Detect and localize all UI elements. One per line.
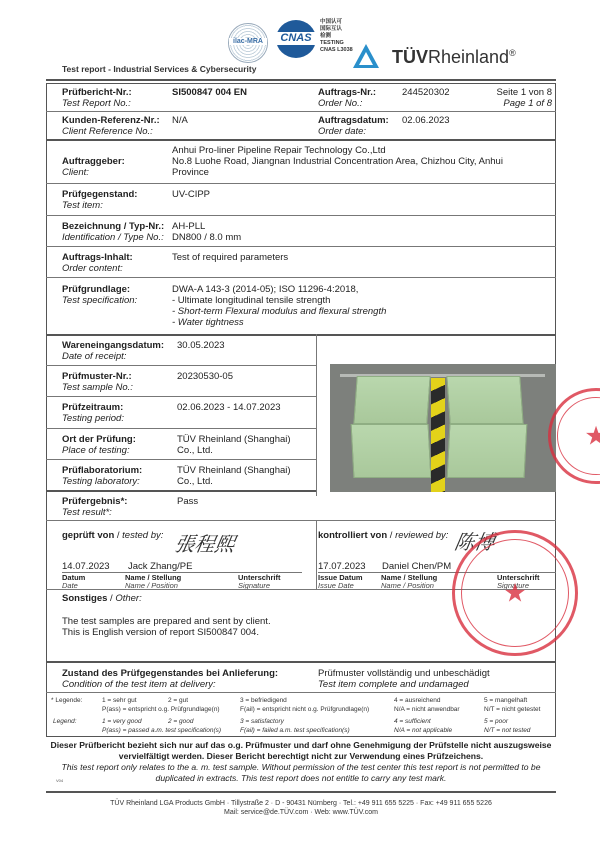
cnas-text-line: TESTING — [320, 40, 353, 47]
tested-date: 14.07.2023 — [62, 561, 110, 572]
divider — [46, 459, 316, 460]
disclaimer: Dieser Prüfbericht bezieht sich nur auf … — [46, 740, 556, 784]
condition-label: Zustand des Prüfgegenstandes bei Anliefe… — [62, 668, 278, 690]
label-de: Kunden-Referenz-Nr.: — [62, 115, 160, 126]
brand-rest: Rheinland — [428, 47, 509, 67]
order-content-label: Auftrags-Inhalt:Order content: — [62, 252, 133, 274]
sample-panel — [351, 424, 432, 478]
sample-panel — [447, 424, 528, 478]
label-en: Order date: — [318, 126, 389, 137]
legend-item: P(ass) = entspricht o.g. Prüfgrundlage(n… — [102, 705, 220, 714]
registered-mark: ® — [509, 48, 516, 58]
lab-line: TÜV Rheinland (Shanghai) — [177, 465, 291, 476]
company-seal-stamp: ★ — [452, 530, 578, 656]
label-en: Test item: — [62, 200, 137, 211]
testing-period-label: Prüfzeitraum:Testing period: — [62, 402, 124, 424]
test-item-label: Prüfgegenstand:Test item: — [62, 189, 137, 211]
label-de: Prüfzeitraum: — [62, 402, 124, 413]
client-ref-value: N/A — [172, 115, 188, 126]
divider — [46, 428, 316, 429]
client-value: Anhui Pro-liner Pipeline Repair Technolo… — [172, 145, 503, 178]
legend-label-en: Legend: — [53, 717, 77, 726]
tested-by-label: geprüft von / tested by: — [62, 530, 163, 541]
legend-item: N/A = nicht anwendbar — [394, 705, 460, 714]
hazard-stripe — [431, 378, 445, 492]
form-version: V04 — [56, 778, 63, 783]
legend-item: 3 = satisfactory — [240, 717, 284, 726]
test-item-value: UV-CIPP — [172, 189, 210, 200]
brand-bold: TÜV — [392, 47, 428, 67]
testing-lab-value: TÜV Rheinland (Shanghai)Co., Ltd. — [177, 465, 291, 487]
label-de: geprüft von — [62, 530, 114, 541]
divider — [46, 215, 556, 216]
label-en: Place of testing: — [62, 445, 136, 456]
disclaimer-en: This test report only relates to the a. … — [46, 762, 556, 784]
separator: / — [114, 530, 122, 541]
order-date-value: 02.06.2023 — [402, 115, 450, 126]
header-rule — [46, 79, 556, 81]
identification-value: AH-PLLDN800 / 8.0 mm — [172, 221, 241, 243]
order-date-label: Auftragsdatum:Order date: — [318, 115, 389, 137]
spec-standard: DWA-A 143-3 (2014-05); ISO 11296-4:2018, — [172, 284, 386, 295]
order-no-label: Auftrags-Nr.:Order No.: — [318, 87, 376, 109]
cnas-logo: CNAS — [276, 20, 316, 58]
place-testing-value: TÜV Rheinland (Shanghai)Co., Ltd. — [177, 434, 291, 456]
test-result-value: Pass — [177, 496, 198, 507]
tester-signature: 張程熙 — [172, 528, 237, 557]
footer-contact: Mail: service@de.TÜV.com · Web: www.TÜV.… — [46, 808, 556, 817]
dimension: DN800 / 8.0 mm — [172, 232, 241, 243]
cnas-text-line: 检测 — [320, 33, 353, 40]
type-no: AH-PLL — [172, 221, 241, 232]
legend-item: N/T = nicht getestet — [484, 705, 540, 714]
other-text: The test samples are prepared and sent b… — [62, 616, 271, 638]
reviewed-by-label: kontrolliert von / reviewed by: — [318, 530, 448, 541]
label-de: Sonstiges — [62, 593, 107, 604]
testing-lab-label: Prüflaboratorium:Testing laboratory: — [62, 465, 142, 487]
label-en: Client: — [62, 167, 125, 178]
legend-item: P(ass) = passed a.m. test specification(… — [102, 726, 221, 735]
order-content-value: Test of required parameters — [172, 252, 288, 263]
footer-address: TÜV Rheinland LGA Products GmbH · Tillys… — [46, 799, 556, 808]
other-line: The test samples are prepared and sent b… — [62, 616, 271, 627]
other-label: Sonstiges / Other: — [62, 593, 142, 604]
legend-item: F(ail) = entspricht nicht o.g. Prüfgrund… — [240, 705, 369, 714]
date-receipt-value: 30.05.2023 — [177, 340, 225, 351]
label-en: reviewed by: — [395, 530, 448, 541]
footer-rule — [46, 791, 556, 793]
footer: TÜV Rheinland LGA Products GmbH · Tillys… — [46, 799, 556, 817]
divider — [46, 183, 556, 184]
legend-item: 2 = good — [168, 717, 193, 726]
client-address: Province — [172, 167, 503, 178]
reviewed-name: Daniel Chen/PM — [382, 561, 451, 572]
divider — [46, 520, 556, 521]
label-en: Order No.: — [318, 98, 376, 109]
label-de: Auftrags-Nr.: — [318, 87, 376, 98]
label-de: Wareneingangsdatum: — [62, 340, 164, 351]
label-de: Prüfmuster-Nr.: — [62, 371, 133, 382]
order-no-value: 244520302 — [402, 87, 450, 98]
separator: / — [387, 530, 395, 541]
legend-item: 1 = sehr gut — [102, 696, 137, 705]
page-de: Seite 1 von 8 — [470, 87, 552, 98]
divider — [46, 490, 316, 492]
divider — [46, 692, 556, 693]
label-de: kontrolliert von — [318, 530, 387, 541]
label-de: Prüfgrundlage: — [62, 284, 137, 295]
cnas-accreditation-text: 中国认可 国际互认 检测 TESTING CNAS L3038 — [320, 19, 353, 54]
label-en: Condition of the test item at delivery: — [62, 679, 278, 690]
legend-item: N/T = not tested — [484, 726, 530, 735]
star-icon: ★ — [584, 421, 600, 452]
test-result-label: Prüfergebnis*:Test result*: — [62, 496, 127, 518]
label-en: Test result*: — [62, 507, 127, 518]
ilac-mra-logo: ilac-MRA — [228, 23, 268, 63]
page-en: Page 1 of 8 — [470, 98, 552, 109]
divider — [46, 111, 556, 112]
disclaimer-de: Dieser Prüfbericht bezieht sich nur auf … — [46, 740, 556, 762]
label-de: Prüfbericht-Nr.: — [62, 87, 132, 98]
label-de: Auftragsdatum: — [318, 115, 389, 126]
client-label: Auftraggeber:Client: — [62, 156, 125, 178]
lab-line: Co., Ltd. — [177, 476, 291, 487]
label-en: Other: — [115, 593, 141, 604]
value-en: Test item complete and undamaged — [318, 679, 490, 690]
report-no-label: Prüfbericht-Nr.:Test Report No.: — [62, 87, 132, 109]
label-en: Date of receipt: — [62, 351, 164, 362]
divider — [46, 246, 556, 247]
sample-no-label: Prüfmuster-Nr.:Test sample No.: — [62, 371, 133, 393]
test-sample-photo — [330, 364, 556, 492]
spec-item: - Ultimate longitudinal tensile strength — [172, 295, 386, 306]
label-de: Prüfgegenstand: — [62, 189, 137, 200]
label-en: Test Report No.: — [62, 98, 132, 109]
label-en: Client Reference No.: — [62, 126, 160, 137]
ilac-logo-text: ilac-MRA — [229, 38, 267, 45]
client-name: Anhui Pro-liner Pipeline Repair Technolo… — [172, 145, 503, 156]
place-line: Co., Ltd. — [177, 445, 291, 456]
date-receipt-label: Wareneingangsdatum:Date of receipt: — [62, 340, 164, 362]
divider — [46, 365, 316, 366]
divider — [46, 661, 556, 663]
spec-item: - Short-term Flexural modulus and flexur… — [172, 306, 386, 317]
signoff-column-divider — [316, 520, 317, 589]
place-testing-label: Ort der Prüfung:Place of testing: — [62, 434, 136, 456]
report-no-value: SI500847 004 EN — [172, 87, 247, 98]
identification-label: Bezeichnung / Typ-Nr.:Identification / T… — [62, 221, 164, 243]
spec-item: - Water tightness — [172, 317, 386, 328]
cnas-text-line: CNAS L3038 — [320, 47, 353, 54]
place-line: TÜV Rheinland (Shanghai) — [177, 434, 291, 445]
legend-label-de: * Legende: — [51, 696, 82, 705]
reviewed-date: 17.07.2023 — [318, 561, 366, 572]
label-de: Zustand des Prüfgegenstandes bei Anliefe… — [62, 668, 278, 679]
legend-item: 4 = ausreichend — [394, 696, 440, 705]
legend-item: N/A = not applicable — [394, 726, 452, 735]
client-ref-label: Kunden-Referenz-Nr.:Client Reference No.… — [62, 115, 160, 137]
cnas-text-line: 国际互认 — [320, 26, 353, 33]
star-icon: ★ — [503, 578, 526, 609]
other-line: This is English version of report SI5008… — [62, 627, 271, 638]
client-address: No.8 Luohe Road, Jiangnan Industrial Con… — [172, 156, 503, 167]
cnas-logo-text: CNAS — [273, 32, 319, 45]
label-de: Prüflaboratorium: — [62, 465, 142, 476]
label-en: tested by: — [122, 530, 163, 541]
legend-item: 1 = very good — [102, 717, 142, 726]
divider — [46, 139, 556, 141]
label-de: Prüfergebnis*: — [62, 496, 127, 507]
label-de: Ort der Prüfung: — [62, 434, 136, 445]
legend-item: 3 = befriedigend — [240, 696, 287, 705]
legend-item: 5 = poor — [484, 717, 508, 726]
label-en: Test specification: — [62, 295, 137, 306]
label-en: Order content: — [62, 263, 133, 274]
label-en: Test sample No.: — [62, 382, 133, 393]
tested-name: Jack Zhang/PE — [128, 561, 192, 572]
label-de: Bezeichnung / Typ-Nr.: — [62, 221, 164, 232]
tuv-triangle-icon — [353, 44, 379, 68]
test-spec-label: Prüfgrundlage:Test specification: — [62, 284, 137, 306]
label-en: Testing period: — [62, 413, 124, 424]
legend-item: 5 = mangelhaft — [484, 696, 527, 705]
legend-item: 2 = gut — [168, 696, 188, 705]
cnas-text-line: 中国认可 — [320, 19, 353, 26]
label-de: Auftrags-Inhalt: — [62, 252, 133, 263]
value-de: Prüfmuster vollständig und unbeschädigt — [318, 668, 490, 679]
legend-item: 4 = sufficient — [394, 717, 431, 726]
test-spec-value: DWA-A 143-3 (2014-05); ISO 11296-4:2018,… — [172, 284, 386, 328]
testing-period-value: 02.06.2023 - 14.07.2023 — [177, 402, 281, 413]
tuv-rheinland-logo: TÜVRheinland® — [392, 47, 516, 68]
sample-panel — [353, 376, 430, 424]
label-de: Auftraggeber: — [62, 156, 125, 167]
divider — [46, 277, 556, 278]
legend-item: F(ail) = failed a.m. test specification(… — [240, 726, 350, 735]
label-en: Identification / Type No.: — [62, 232, 164, 243]
page-number: Seite 1 von 8Page 1 of 8 — [470, 87, 552, 109]
sample-panel — [446, 376, 523, 424]
label-en: Testing laboratory: — [62, 476, 142, 487]
sample-no-value: 20230530-05 — [177, 371, 233, 382]
condition-value: Prüfmuster vollständig und unbeschädigtT… — [318, 668, 490, 690]
report-type-title: Test report - Industrial Services & Cybe… — [62, 64, 256, 74]
divider — [46, 396, 316, 397]
